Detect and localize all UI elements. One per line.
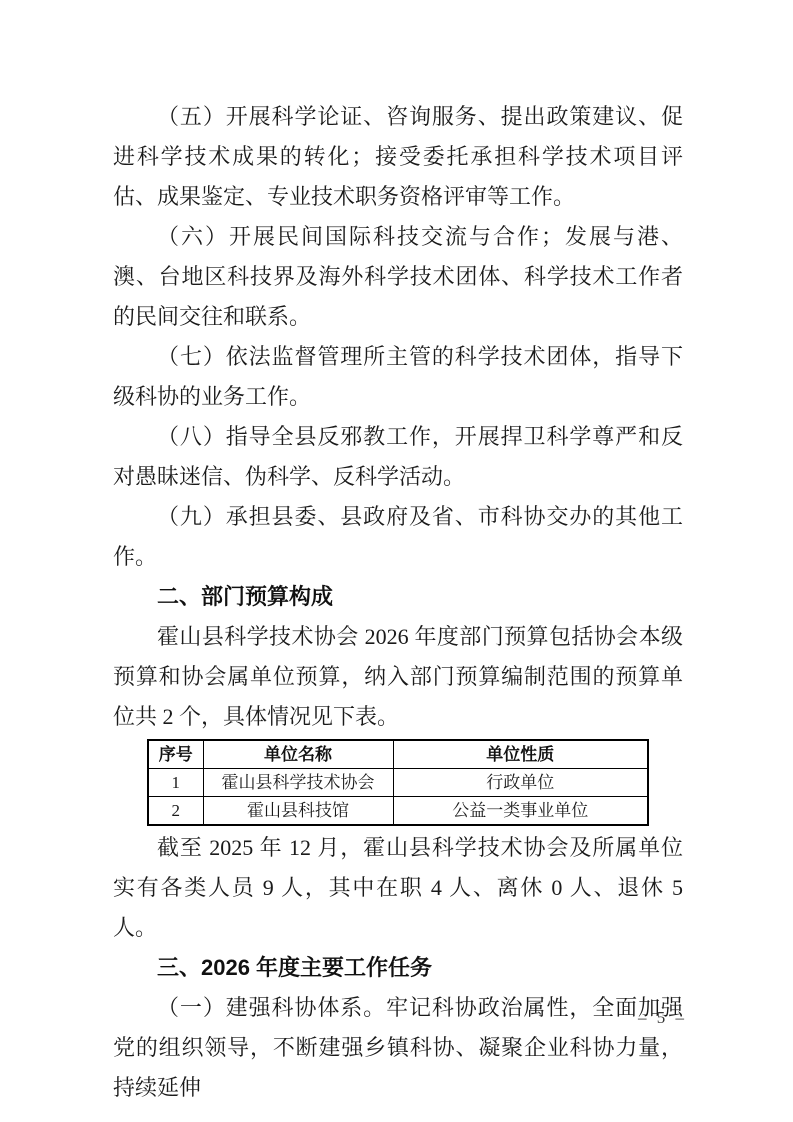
paragraph-duty-6: （六）开展民间国际科技交流与合作；发展与港、澳、台地区科技界及海外科学技术团体、… <box>113 217 683 337</box>
table-cell-unit-type: 行政单位 <box>393 769 648 797</box>
document-page: （五）开展科学论证、咨询服务、提出政策建议、促进科学技术成果的转化；接受委托承担… <box>0 0 793 1122</box>
table-header-unit-type: 单位性质 <box>393 740 648 769</box>
paragraph-staffing: 截至 2025 年 12 月，霍山县科学技术协会及所属单位实有各类人员 9 人，… <box>113 828 683 948</box>
paragraph-duty-7: （七）依法监督管理所主管的科学技术团体，指导下级科协的业务工作。 <box>113 337 683 417</box>
table-cell-unit-name: 霍山县科技馆 <box>203 797 393 826</box>
section-heading-budget-composition: 二、部门预算构成 <box>113 577 683 617</box>
table-cell-unit-type: 公益一类事业单位 <box>393 797 648 826</box>
paragraph-task-1: （一）建强科协体系。牢记科协政治属性，全面加强党的组织领导，不断建强乡镇科协、凝… <box>113 988 683 1108</box>
table-cell-unit-name: 霍山县科学技术协会 <box>203 769 393 797</box>
table-cell-index: 2 <box>148 797 203 826</box>
document-body: （五）开展科学论证、咨询服务、提出政策建议、促进科学技术成果的转化；接受委托承担… <box>113 97 683 1108</box>
section-heading-work-tasks: 三、2026 年度主要工作任务 <box>113 948 683 988</box>
paragraph-budget-intro: 霍山县科学技术协会 2026 年度部门预算包括协会本级预算和协会属单位预算，纳入… <box>113 617 683 737</box>
table-header-index: 序号 <box>148 740 203 769</box>
table-row: 2 霍山县科技馆 公益一类事业单位 <box>148 797 648 826</box>
table-row: 1 霍山县科学技术协会 行政单位 <box>148 769 648 797</box>
budget-units-table: 序号 单位名称 单位性质 1 霍山县科学技术协会 行政单位 2 霍山县科技馆 公… <box>147 739 649 826</box>
page-number: – 5 – <box>638 1006 687 1030</box>
table-cell-index: 1 <box>148 769 203 797</box>
table-header-unit-name: 单位名称 <box>203 740 393 769</box>
paragraph-duty-5: （五）开展科学论证、咨询服务、提出政策建议、促进科学技术成果的转化；接受委托承担… <box>113 97 683 217</box>
paragraph-duty-8: （八）指导全县反邪教工作，开展捍卫科学尊严和反对愚昧迷信、伪科学、反科学活动。 <box>113 417 683 497</box>
paragraph-duty-9: （九）承担县委、县政府及省、市科协交办的其他工作。 <box>113 497 683 577</box>
table-header-row: 序号 单位名称 单位性质 <box>148 740 648 769</box>
